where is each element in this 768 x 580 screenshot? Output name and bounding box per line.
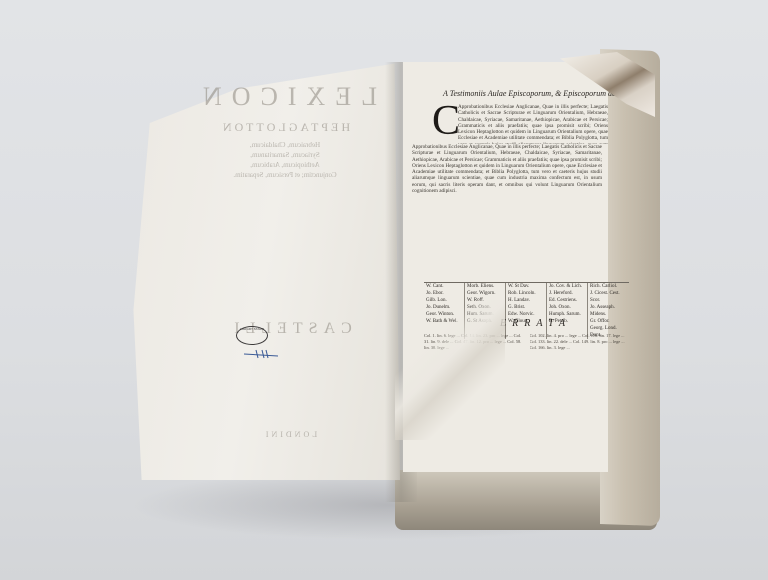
- title-line-heptaglotton: HEPTAGLOTTON: [180, 120, 390, 135]
- imprint-line: LONDINI: [210, 430, 370, 439]
- subtitle-line: Syriacum, Samaritanum,: [170, 150, 400, 160]
- subtitle-text: Hebraicum, Chaldaicum, Syriacum, Samarit…: [170, 140, 400, 180]
- subscribers-column: W. St Dav. Rob. Lincoln. H. Landav. G. B…: [506, 283, 547, 339]
- subtitle-line: Aethiopicum, Arabicum,: [170, 160, 400, 170]
- title-line-lexicon: LEXICON: [180, 82, 390, 112]
- ink-shelfmark: [244, 349, 278, 359]
- subtitle-line: Hebraicum, Chaldaicum,: [170, 140, 400, 150]
- author-line: CASTELLI: [190, 320, 390, 338]
- body-text-top: Approbationibus Ecclesiae Anglicanae, Qu…: [458, 104, 608, 144]
- library-stamp: LIBRARY STAMP: [236, 326, 268, 345]
- subtitle-line: Conjunctim; et Persicum, Separatim.: [170, 170, 400, 180]
- errata-heading: ERRATA: [500, 318, 571, 329]
- left-page-title-page: [128, 55, 400, 480]
- subscribers-column: Jo. Cov. & Lich. J. Hereford. Ed. Cestri…: [547, 283, 588, 339]
- errata-column: Col. 102. lin. 4. pro ... lege ... Col. …: [530, 333, 630, 443]
- torn-page-fragment: [395, 300, 505, 440]
- body-text: Approbationibus Ecclesiae Anglicanae, Qu…: [412, 144, 602, 280]
- subscribers-column: Rich. Carliol. J. Cicest. Cest. Scor. Jo…: [588, 283, 629, 339]
- drop-capital: C: [432, 100, 460, 142]
